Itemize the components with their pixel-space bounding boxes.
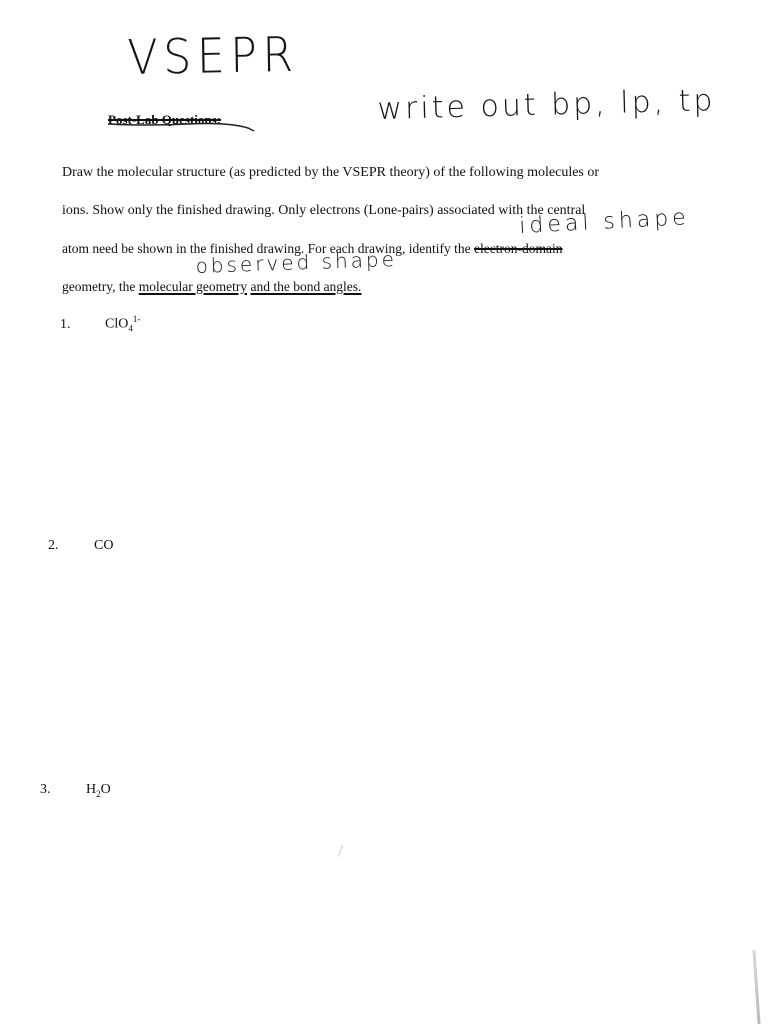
question-number: 2. bbox=[48, 538, 94, 554]
heading-underline-squiggle bbox=[108, 118, 256, 132]
instructions-line-1: Draw the molecular structure (as predict… bbox=[62, 160, 702, 186]
worksheet-page: VSEPR write out bp, lp, tp Post-Lab Ques… bbox=[0, 0, 768, 1024]
instructions-paragraph: Draw the molecular structure (as predict… bbox=[62, 160, 702, 312]
formula-base: ClO bbox=[105, 317, 128, 332]
question-number: 1. bbox=[60, 317, 105, 333]
formula-subscript: 4 bbox=[128, 323, 133, 333]
underlined-molecular-geometry: molecular geometry bbox=[139, 279, 247, 294]
question-3: 3. H2O bbox=[40, 782, 111, 799]
underlined-bond-angles: and the bond angles. bbox=[250, 279, 361, 294]
formula-tail: O bbox=[101, 782, 111, 797]
stray-pencil-mark bbox=[338, 845, 343, 857]
handwritten-title: VSEPR bbox=[127, 27, 299, 86]
formula-charge: 1- bbox=[133, 314, 141, 324]
question-2: 2. CO bbox=[48, 538, 113, 554]
instructions-line-4-text: geometry, the bbox=[62, 279, 139, 294]
question-formula: H2O bbox=[86, 782, 111, 799]
question-formula: CO bbox=[94, 538, 113, 554]
formula-base: H bbox=[86, 782, 96, 797]
question-number: 3. bbox=[40, 782, 86, 798]
question-formula: ClO41- bbox=[105, 314, 140, 333]
question-1: 1. ClO41- bbox=[60, 314, 140, 333]
scan-edge-shadow bbox=[752, 950, 760, 1024]
struck-electron-domain: electron-domain bbox=[474, 241, 562, 256]
instructions-line-4: geometry, the molecular geometry and the… bbox=[62, 274, 702, 300]
handwritten-note: write out bp, lp, tp bbox=[377, 83, 716, 127]
